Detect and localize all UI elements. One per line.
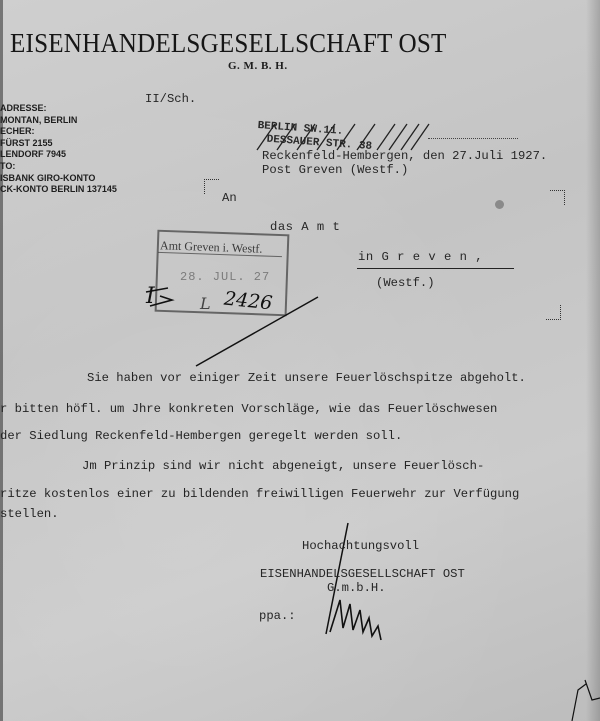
received-stamp-date: 28. JUL. 27: [180, 270, 270, 284]
sidebar-line: MONTAN, BERLIN: [0, 115, 117, 127]
recipient-underline: [357, 268, 514, 269]
date-line: Reckenfeld-Hembergen, den 27.Juli 1927.: [262, 149, 547, 163]
address-bracket-top-right: [550, 190, 565, 205]
body-line: stellen.: [0, 507, 59, 521]
address-bracket-top-left: [204, 179, 219, 194]
letterhead-company: EISENHANDELSGESELLSCHAFT OST: [10, 28, 447, 59]
dotted-rule: [428, 138, 518, 139]
sidebar-line: FÜRST 2155: [0, 138, 117, 150]
signature-company: EISENHANDELSGESELLSCHAFT OST: [260, 567, 465, 581]
reference-code: II/Sch.: [145, 92, 196, 106]
closing-salutation: Hochachtungsvoll: [302, 539, 419, 553]
page-edge-right: [586, 0, 600, 721]
body-line: Sie haben vor einiger Zeit unsere Feuerl…: [87, 371, 526, 385]
sidebar-line: ADRESSE:: [0, 103, 117, 115]
body-line: ritze kostenlos einer zu bildenden freiw…: [0, 487, 519, 501]
punch-hole: [495, 200, 504, 209]
address-bracket-bottom-right: [546, 305, 561, 320]
body-line: der Siedlung Reckenfeld-Hembergen gerege…: [0, 429, 402, 443]
body-line: Jm Prinzip sind wir nicht abgeneigt, uns…: [82, 459, 484, 473]
recipient-an: An: [222, 191, 237, 205]
signature-ppa: ppa.:: [259, 609, 296, 623]
handwritten-bracket: L: [200, 294, 211, 313]
sidebar-line: CK-KONTO BERLIN 137145: [0, 184, 117, 196]
recipient-line1: das A m t: [270, 220, 340, 234]
signature-legal-form: G.m.b.H.: [327, 581, 386, 595]
handwritten-roman-numeral: I: [146, 284, 155, 309]
letterhead-legal-form: G. M. B. H.: [228, 60, 288, 72]
sidebar-line: LENDORF 7945: [0, 149, 117, 161]
sidebar-line: ECHER:: [0, 126, 117, 138]
letterhead-sidebar: ADRESSE: MONTAN, BERLIN ECHER: FÜRST 215…: [0, 103, 117, 196]
recipient-line2: in G r e v e n ,: [358, 250, 483, 264]
recipient-line3: (Westf.): [376, 276, 435, 290]
sidebar-line: ISBANK GIRO-KONTO: [0, 173, 117, 185]
sidebar-line: TO:: [0, 161, 117, 173]
post-line: Post Greven (Westf.): [262, 163, 408, 177]
body-line: r bitten höfl. um Jhre konkreten Vorschl…: [0, 402, 497, 416]
